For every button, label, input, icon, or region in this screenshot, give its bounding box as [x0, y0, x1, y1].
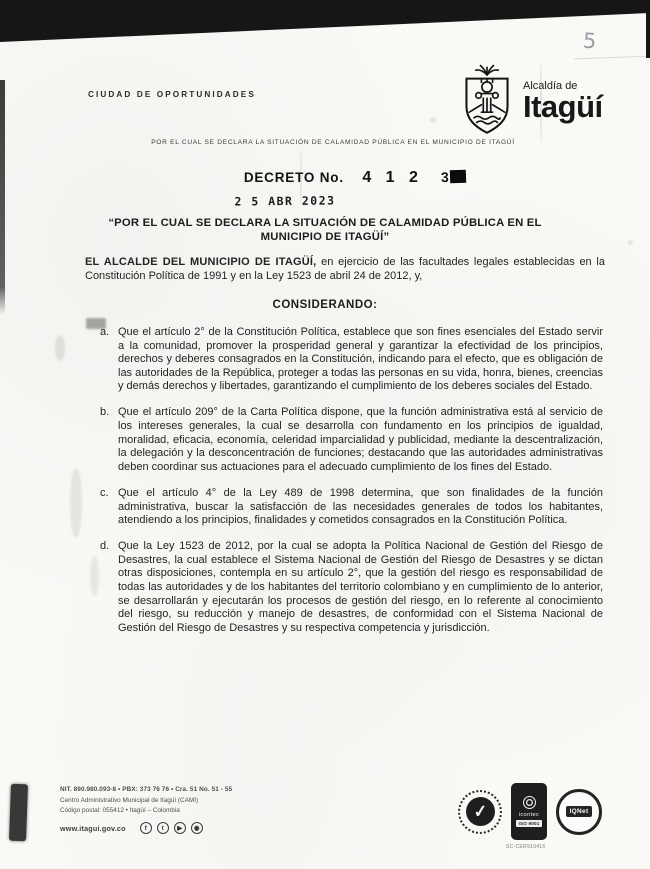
item-text: Que el artículo 2° de la Constitución Po…	[118, 326, 603, 394]
ink-blob	[450, 170, 466, 184]
handwritten-page-number: 5	[582, 29, 597, 54]
scanned-decree-page: 5 CIUDAD DE OPORTUNIDADES	[0, 0, 650, 869]
footer-nit-line: NIT. 890.980.093-8 • PBX: 373 76 76 • Cr…	[60, 786, 232, 793]
preamble-bold: EL ALCALDE DEL MUNICIPIO DE ITAGÜÍ,	[85, 256, 316, 268]
facebook-icon: f	[140, 822, 152, 834]
certificate-code: SC-CER919416	[506, 844, 545, 850]
logo-city-name: Itagüí	[523, 91, 603, 123]
item-label: b.	[100, 406, 118, 474]
checkmark-icon: ✓	[464, 796, 496, 828]
scan-edge-right	[646, 0, 650, 58]
twitter-icon: t	[157, 822, 169, 834]
decree-title-line1: “POR EL CUAL SE DECLARA LA SITUACIÓN DE …	[0, 217, 650, 231]
item-text: Que el artículo 209° de la Carta Polític…	[118, 406, 603, 474]
decree-stamp-fragment: 3	[441, 169, 449, 185]
footer-postal-line: Código postal: 055412 • Itagüí – Colombi…	[60, 807, 180, 814]
date-stamp: 2 5 ABR 2023	[0, 191, 610, 212]
scan-speck	[86, 318, 106, 329]
alcaldia-logo-text: Alcaldía de Itagüí	[523, 80, 603, 123]
footer-address-line: Centro Administrativo Municipal de Itagü…	[60, 797, 198, 804]
item-text: Que el artículo 4° de la Ley 489 de 1998…	[118, 487, 603, 528]
certification-badges: ✓ icontec ISO 9001 IQNet	[458, 783, 602, 840]
decree-title: “POR EL CUAL SE DECLARA LA SITUACIÓN DE …	[0, 217, 650, 244]
footer-web-row: www.itagui.gov.co f t ▶ ◉	[60, 822, 203, 834]
scan-speck	[55, 335, 65, 361]
iqnet-label: IQNet	[566, 806, 593, 817]
scan-speck	[430, 118, 436, 122]
scan-speck	[70, 468, 82, 538]
city-slogan: CIUDAD DE OPORTUNIDADES	[88, 90, 256, 99]
itagui-crest-icon	[459, 63, 515, 139]
iqnet-badge: IQNet	[556, 789, 602, 835]
decree-number-line: DECRETO No. 4 1 2 3	[30, 169, 650, 187]
scan-speck	[540, 62, 542, 142]
item-label: c.	[100, 487, 118, 528]
youtube-icon: ▶	[174, 822, 186, 834]
consideration-item: b. Que el artículo 209° de la Carta Polí…	[100, 406, 603, 474]
scan-speck	[300, 150, 302, 205]
scan-edge-top	[0, 0, 650, 44]
decree-number-stamp: 4 1 2	[362, 169, 423, 186]
instagram-icon: ◉	[191, 822, 203, 834]
decree-label: DECRETO No.	[244, 170, 344, 185]
alcaldia-logo: Alcaldía de Itagüí	[459, 63, 603, 139]
icontec-label: icontec	[519, 812, 539, 818]
item-label: d.	[100, 540, 118, 635]
item-text: Que la Ley 1523 de 2012, por la cual se …	[118, 540, 603, 635]
item-label: a.	[100, 326, 118, 394]
scan-speck	[628, 240, 633, 245]
paper-crease	[574, 56, 650, 60]
footer-website: www.itagui.gov.co	[60, 824, 126, 833]
preamble-paragraph: EL ALCALDE DEL MUNICIPIO DE ITAGÜÍ, en e…	[85, 256, 605, 283]
decree-subject-line: POR EL CUAL SE DECLARA LA SITUACIÓN DE C…	[8, 139, 650, 146]
icontec-badge: icontec ISO 9001	[511, 783, 547, 840]
social-icons: f t ▶ ◉	[140, 822, 203, 834]
scan-ink-smudge	[9, 784, 28, 842]
consideration-item: a. Que el artículo 2° de la Constitución…	[100, 326, 603, 394]
decree-title-line2: MUNICIPIO DE ITAGÜÍ”	[0, 231, 650, 245]
icontec-rings-icon	[523, 796, 536, 809]
consideration-item: d. Que la Ley 1523 de 2012, por la cual …	[100, 540, 603, 635]
scan-speck	[90, 556, 99, 596]
quality-seal-icon: ✓	[458, 790, 502, 834]
considerando-heading: CONSIDERANDO:	[0, 299, 650, 311]
consideration-item: c. Que el artículo 4° de la Ley 489 de 1…	[100, 487, 603, 528]
iso-9001-label: ISO 9001	[516, 820, 541, 827]
